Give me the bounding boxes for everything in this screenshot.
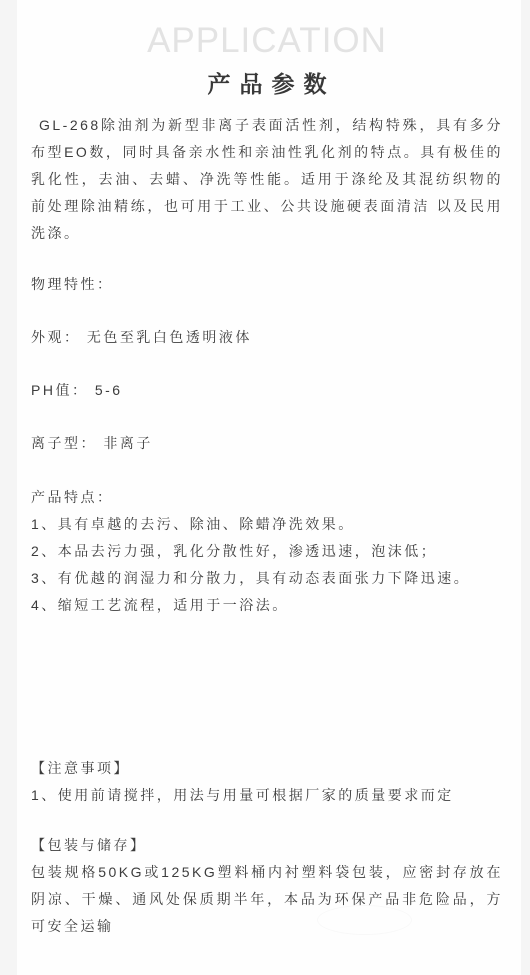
product-features-section: 产品特点： 1、具有卓越的去污、除油、除蜡净洗效果。 2、本品去污力强，乳化分散… — [31, 484, 503, 619]
product-detail-page: { "page": { "watermark": "APPLICATION", … — [0, 0, 530, 975]
product-description-card: APPLICATION 产品参数 GL-268除油剂为新型非离子表面活性剂，结构… — [17, 0, 521, 975]
appearance-line: 外观： 无色至乳白色透明液体 — [31, 324, 503, 351]
ph-value-line: PH值： 5-6 — [31, 377, 503, 404]
precautions-heading: 【注意事项】 — [31, 755, 503, 782]
list-item: 2、本品去污力强，乳化分散性好，渗透迅速，泡沫低； — [31, 538, 503, 565]
physical-properties-heading: 物理特性： — [31, 271, 503, 298]
product-features-heading: 产品特点： — [31, 484, 503, 511]
application-watermark-text: APPLICATION — [31, 20, 503, 62]
packaging-storage-paragraph: 包装规格50KG或125KG塑料桶内衬塑料袋包装，应密封存放在阴凉、干燥、通风处… — [31, 859, 503, 940]
packaging-storage-section: 【包装与储存】 包装规格50KG或125KG塑料桶内衬塑料袋包装，应密封存放在阴… — [31, 832, 503, 940]
list-item: 1、具有卓越的去污、除油、除蜡净洗效果。 — [31, 511, 503, 538]
packaging-storage-heading: 【包装与储存】 — [31, 832, 503, 859]
list-item: 4、缩短工艺流程，适用于一浴法。 — [31, 592, 503, 619]
product-intro-paragraph: GL-268除油剂为新型非离子表面活性剂，结构特殊，具有多分布型EO数，同时具备… — [31, 112, 503, 247]
list-item: 3、有优越的润湿力和分散力，具有动态表面张力下降迅速。 — [31, 565, 503, 592]
ionic-type-line: 离子型： 非离子 — [31, 430, 503, 457]
precautions-section: 【注意事项】 1、使用前请搅拌，用法与用量可根据厂家的质量要求而定 — [31, 755, 503, 809]
page-title: 产品参数 — [31, 68, 503, 100]
list-item: 1、使用前请搅拌，用法与用量可根据厂家的质量要求而定 — [31, 782, 503, 809]
card-content: APPLICATION 产品参数 GL-268除油剂为新型非离子表面活性剂，结构… — [17, 20, 521, 940]
